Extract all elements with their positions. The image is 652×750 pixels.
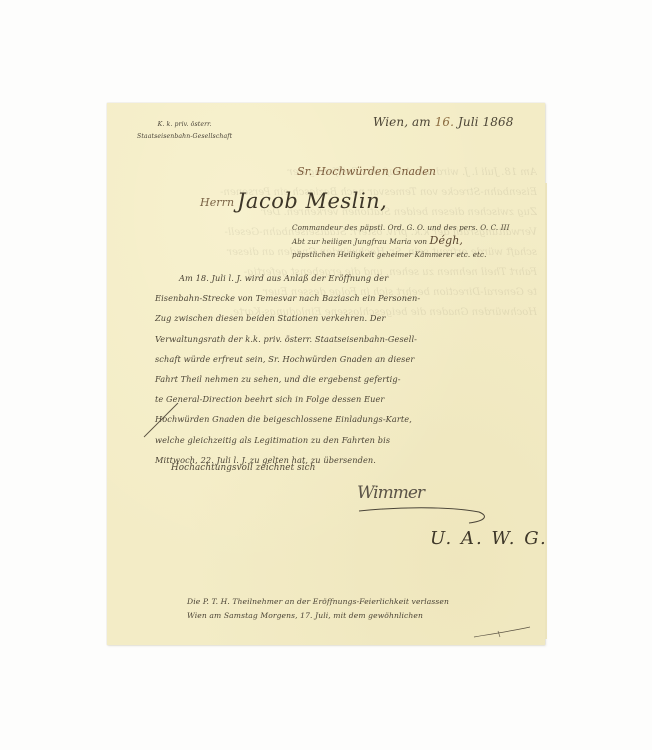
postscript: Die P. T. H. Theilnehmer an der Eröffnun… <box>187 595 449 623</box>
recipient-salutation: Herrn <box>200 196 234 209</box>
body-line: Am 18. Juli l. J. wird aus Anlaß der Erö… <box>155 268 420 288</box>
initials-uawg: U. A. W. G. <box>430 528 548 549</box>
recipient-honorific: Sr. Hochwürden Gnaden <box>297 165 436 178</box>
body-line: schaft würde erfreut sein, Sr. Hochwürde… <box>155 349 420 369</box>
date-line: Wien, am 16. Juli 1868 <box>373 115 513 129</box>
body-line: Hochwürden Gnaden die beigeschlossene Ei… <box>155 409 420 429</box>
paper-edge <box>545 183 547 639</box>
signature: Wimmer <box>357 483 424 503</box>
signature-flourish <box>357 507 489 525</box>
title-line-1: Commandeur des päpstl. Ord. G. O. und de… <box>292 221 510 234</box>
body-line: Verwaltungsrath der k.k. priv. österr. S… <box>155 329 420 349</box>
body-line: Fahrt Theil nehmen zu sehen, und die erg… <box>155 369 420 389</box>
letter-sheet: Am 18. Juli l. J. wird aus Anlaß der Erö… <box>107 103 545 645</box>
margin-pen-stroke <box>142 399 182 439</box>
body-line: welche gleichzeitig als Legitimation zu … <box>155 430 420 450</box>
letterhead-line-2: Staatseisenbahn-Gesellschaft <box>137 131 232 143</box>
title-line-3: päpstlichen Heiligkeit geheimer Kämmerer… <box>292 248 510 261</box>
recipient-name: Jacob Meslin, <box>237 189 387 213</box>
recipient-titles: Commandeur des päpstl. Ord. G. O. und de… <box>292 221 510 261</box>
title-line-2: Abt zur heiligen Jungfrau Maria von Dégh… <box>292 234 510 248</box>
letter-body: Am 18. Juli l. J. wird aus Anlaß der Erö… <box>155 268 420 470</box>
postscript-line: Wien am Samstag Morgens, 17. Juli, mit d… <box>187 609 449 623</box>
body-line: Zug zwischen diesen beiden Stationen ver… <box>155 308 420 328</box>
letterhead: K. k. priv. österr. Staatseisenbahn-Gese… <box>137 119 232 143</box>
place-name: Dégh, <box>430 234 463 247</box>
photo-background: Am 18. Juli l. J. wird aus Anlaß der Erö… <box>0 0 652 750</box>
date-month-year: Juli 1868 <box>458 115 513 129</box>
body-line: te General-Direction beehrt sich in Folg… <box>155 389 420 409</box>
date-day: 16. <box>435 115 454 129</box>
letterhead-line-1: K. k. priv. österr. <box>137 119 232 131</box>
continuation-mark <box>472 625 532 639</box>
postscript-line: Die P. T. H. Theilnehmer an der Eröffnun… <box>187 595 449 609</box>
closing-line: Hochachtungsvoll zeichnet sich <box>171 463 315 473</box>
body-line: Eisenbahn-Strecke von Temesvar nach Bazi… <box>155 288 420 308</box>
date-place: Wien, am <box>373 115 431 129</box>
